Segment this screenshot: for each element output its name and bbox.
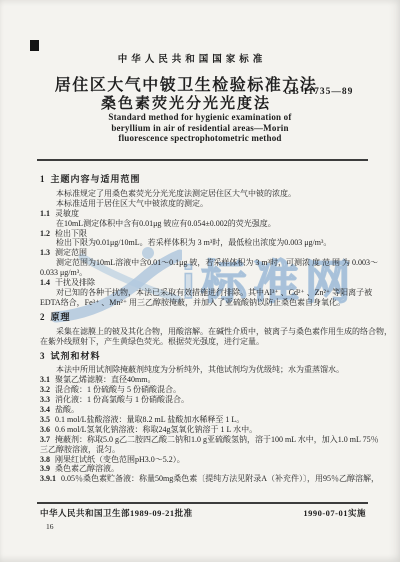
line-text: 在10mL测定体积中含有0.01μg 铍应有0.054±0.002的荧光强度。	[56, 219, 276, 228]
section-heading: 1主题内容与适用范围	[40, 175, 376, 185]
body-line: 1.1灵敏度	[40, 209, 376, 219]
body-line: 3.1聚氯乙烯滤膜：直径40mm。	[40, 375, 376, 385]
line-text: 主题内容与适用范围	[51, 174, 141, 184]
clause-number: 3.6	[40, 425, 50, 434]
clause-number: 1.1	[40, 209, 50, 218]
line-text: 本标准适用于居住区大气中铍浓度的测定。	[56, 199, 208, 208]
line-text: 采集在滤膜上的铍及其化合物，用酸溶解。在碱性介质中，铍离子与桑色素作用生成的络合…	[56, 327, 392, 336]
line-text: 三乙醇胺溶液，混匀。	[40, 445, 120, 454]
body-line: 三乙醇胺溶液，混匀。	[40, 445, 376, 455]
body-line: 1.4干扰及排除	[40, 278, 376, 288]
line-text: 掩蔽剂：称取5.0 g乙二胺四乙酸二钠和1.0 g亚硫酸氢钠，溶于100 mL …	[55, 435, 379, 444]
document-body: 1主题内容与适用范围本标准规定了用桑色素荧光分光光度法测定居住区大气中铍的浓度。…	[40, 170, 376, 484]
standard-code: GB 11735—89	[284, 87, 353, 97]
clause-number: 3.1	[40, 375, 50, 384]
body-line: 3.60.6 mol/L氢氧化钠溶液：称取24g氢氧化钠溶于 1 L 水中。	[40, 425, 376, 435]
clause-number: 3.4	[40, 405, 50, 414]
clause-number: 3.2	[40, 385, 50, 394]
clause-number: 2	[40, 312, 46, 322]
body-line: 本标准适用于居住区大气中铍浓度的测定。	[40, 199, 376, 209]
line-text: 原理	[51, 312, 71, 322]
line-text: 干扰及排除	[55, 278, 95, 287]
line-text: 灵敏度	[55, 209, 79, 218]
body-line: 在10mL测定体积中含有0.01μg 铍应有0.054±0.002的荧光强度。	[40, 219, 376, 229]
clause-number: 3.5	[40, 415, 50, 424]
clause-number: 1.2	[40, 229, 50, 238]
body-line: 3.3消化液：1 份高氯酸与 1 份硝酸混合。	[40, 395, 376, 405]
clause-number: 1.4	[40, 278, 50, 287]
section-heading: 2原理	[40, 313, 376, 323]
clause-number: 1	[40, 174, 46, 184]
line-text: 检出下限	[55, 229, 87, 238]
clause-number: 3.9.1	[40, 474, 56, 483]
line-text: 聚氯乙烯滤膜：直径40mm。	[55, 375, 155, 384]
clause-number: 1.3	[40, 248, 50, 257]
line-text: 0.1 mol/L盐酸溶液：量取8.2 mL 盐酸加水稀释至 1 L。	[55, 415, 244, 424]
body-line: 采集在滤膜上的铍及其化合物，用酸溶解。在碱性介质中，铍离子与桑色素作用生成的络合…	[40, 327, 376, 337]
line-text: 0.033 μg/m³。	[40, 268, 87, 277]
clause-number: 3.3	[40, 395, 50, 404]
line-text: 本法中所用试剂除掩蔽剂纯度为分析纯外，其他试剂均为优级纯；水为重蒸馏水。	[56, 365, 344, 374]
line-text: 桑色素乙醇溶液。	[55, 464, 119, 473]
line-text: 0.05％桑色素贮备液：称量50mg桑色素〔提纯方法见附录A（补充件）〕，用95…	[61, 474, 379, 483]
standard-label: 中华人民共和国国家标准	[0, 51, 384, 65]
body-line: 对已知的各种干扰物，本法已采取有效措施进行排除。其中Al³⁺ 、Cd²⁺ 、Zn…	[40, 288, 376, 298]
clause-number: 3	[40, 351, 46, 361]
line-text: 对已知的各种干扰物，本法已采取有效措施进行排除。其中Al³⁺ 、Cd²⁺ 、Zn…	[56, 288, 372, 297]
line-text: 盐酸。	[55, 405, 79, 414]
footer: 中华人民共和国卫生部1989-09-21批准 1990-07-01实施	[40, 507, 366, 519]
body-line: 在紫外线照射下，产生黄绿色荧光。根据荧光强度，进行定量。	[40, 337, 376, 347]
body-line: 测定范围为10mL溶液中含0.01～0.1μg 铍，若采样体积为 3 m³时，可…	[40, 258, 376, 268]
line-text: 本标准规定了用桑色素荧光分光光度法测定居住区大气中铍的浓度。	[56, 189, 296, 198]
line-text: EDTA络合，Fe³⁺ 、Mn²⁺ 用三乙醇胺掩蔽，并加入了亚硫酸钠以防止桑色素…	[40, 298, 345, 307]
line-text: 测定范围	[55, 248, 87, 257]
english-title-line1: Standard method for hygienic examination…	[0, 112, 400, 123]
line-text: 混合酸：1 份硫酸与 5 份硝酸混合。	[55, 385, 181, 394]
body-line: 3.9.10.05％桑色素贮备液：称量50mg桑色素〔提纯方法见附录A（补充件）…	[40, 474, 376, 484]
line-text: 消化液：1 份高氯酸与 1 份硝酸混合。	[55, 395, 189, 404]
header-divider	[37, 159, 368, 161]
body-line: 检出下限为0.01μg/10mL。若采样体积为 3 m³时，最低检出浓度为0.0…	[40, 238, 376, 248]
page-number: 16	[46, 522, 54, 531]
body-line: 3.8刚果红试纸（变色范围pH3.0～5.2）。	[40, 455, 376, 465]
body-line: 本法中所用试剂除掩蔽剂纯度为分析纯外，其他试剂均为优级纯；水为重蒸馏水。	[40, 365, 376, 375]
footer-divider	[37, 502, 368, 504]
line-text: 刚果红试纸（变色范围pH3.0～5.2）。	[55, 455, 185, 464]
english-title-line3: fluorescence spectrophotometric method	[0, 133, 400, 144]
line-text: 测定范围为10mL溶液中含0.01～0.1μg 铍，若采样体积为 3 m³时，可…	[56, 258, 378, 267]
clause-number: 3.7	[40, 435, 50, 444]
clause-number: 3.8	[40, 455, 50, 464]
english-title-line2: beryllium in air of residential areas—Mo…	[0, 123, 400, 134]
body-line: 本标准规定了用桑色素荧光分光光度法测定居住区大气中铍的浓度。	[40, 189, 376, 199]
body-line: 3.4盐酸。	[40, 405, 376, 415]
body-line: 3.2混合酸：1 份硫酸与 5 份硝酸混合。	[40, 385, 376, 395]
body-line: 0.033 μg/m³。	[40, 268, 376, 278]
section-heading: 3试剂和材料	[40, 352, 376, 362]
implementation-note: 1990-07-01实施	[303, 507, 366, 519]
line-text: 试剂和材料	[51, 351, 101, 361]
line-text: 检出下限为0.01μg/10mL。若采样体积为 3 m³时，最低检出浓度为0.0…	[56, 238, 331, 247]
body-line: 3.50.1 mol/L盐酸溶液：量取8.2 mL 盐酸加水稀释至 1 L。	[40, 415, 376, 425]
clause-number: 3.9	[40, 464, 50, 473]
body-line: EDTA络合，Fe³⁺ 、Mn²⁺ 用三乙醇胺掩蔽，并加入了亚硫酸钠以防止桑色素…	[40, 298, 376, 308]
body-line: 3.7掩蔽剂：称取5.0 g乙二胺四乙酸二钠和1.0 g亚硫酸氢钠，溶于100 …	[40, 435, 376, 445]
body-line: 1.3测定范围	[40, 248, 376, 258]
body-line: 1.2检出下限	[40, 229, 376, 239]
approval-note: 中华人民共和国卫生部1989-09-21批准	[40, 507, 193, 519]
body-line: 3.9桑色素乙醇溶液。	[40, 464, 376, 474]
line-text: 在紫外线照射下，产生黄绿色荧光。根据荧光强度，进行定量。	[40, 337, 264, 346]
scan-artifact	[30, 40, 39, 51]
english-title: Standard method for hygienic examination…	[0, 112, 400, 144]
document-page: 中华人民共和国国家标准 居住区大气中铍卫生检验标准方法 桑色素荧光分光光度法 G…	[0, 0, 400, 562]
line-text: 0.6 mol/L氢氧化钠溶液：称取24g氢氧化钠溶于 1 L 水中。	[55, 425, 257, 434]
